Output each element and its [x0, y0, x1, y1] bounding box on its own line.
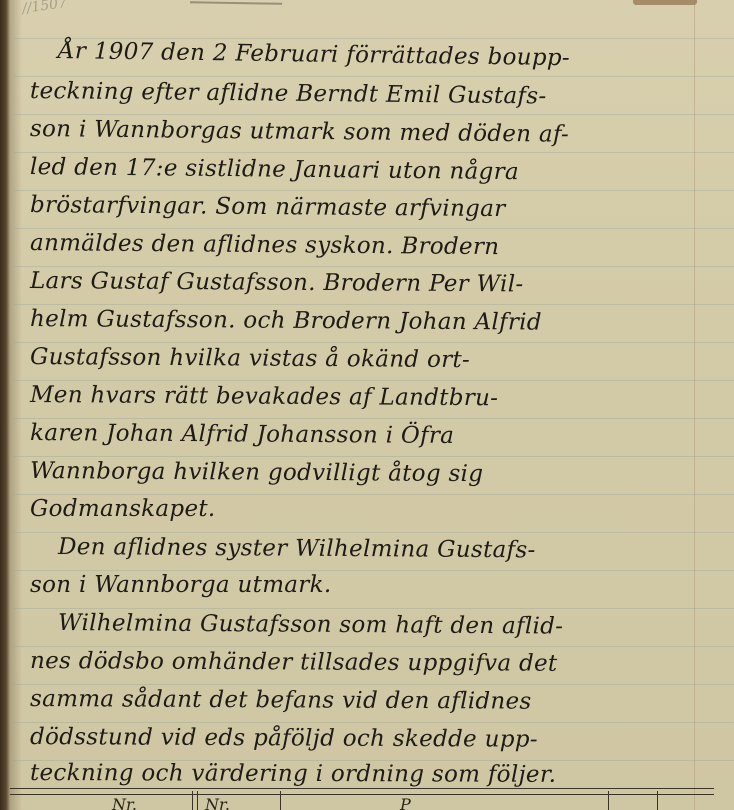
table-column-divider: [280, 791, 281, 810]
text-line-9: Gustafsson hvilka vistas å okänd ort-: [30, 344, 470, 373]
ruled-line: [14, 266, 734, 267]
text-line-4: led den 17:e sistlidne Januari uton någr…: [30, 154, 519, 185]
page-tab-marker: [633, 0, 697, 5]
ruled-line: [14, 722, 734, 723]
text-line-17: nes dödsbo omhänder tillsades uppgifva d…: [30, 648, 558, 677]
ruled-line: [14, 684, 734, 685]
ruled-line: [14, 418, 734, 419]
text-line-12: Wannborga hvilken godvilligt åtog sig: [30, 458, 483, 487]
ruled-line: [14, 646, 734, 647]
ruled-line: [14, 228, 734, 229]
text-line-6: anmäldes den aflidnes syskon. Brodern: [30, 230, 500, 260]
text-line-2: teckning efter aflidne Berndt Emil Gusta…: [30, 78, 547, 109]
text-line-7: Lars Gustaf Gustafsson. Brodern Per Wil-: [30, 268, 524, 297]
text-line-10: Men hvars rätt bevakades af Landtbru-: [30, 382, 498, 411]
document-page: //1507 År 1907 den 2 Februari förrättade…: [0, 0, 734, 810]
text-line-20: teckning och värdering i ordning som föl…: [30, 760, 556, 788]
table-column-divider: [608, 791, 609, 810]
ruled-line: [14, 494, 734, 495]
ruled-line: [14, 304, 734, 305]
book-binding-edge: [0, 0, 10, 810]
text-line-5: bröstarfvingar. Som närmaste arfvingar: [30, 192, 506, 222]
text-line-1: År 1907 den 2 Februari förrättades boupp…: [58, 38, 570, 71]
table-column-divider: [657, 791, 658, 810]
text-line-3: son i Wannborgas utmark som med döden af…: [30, 116, 569, 148]
text-line-11: karen Johan Alfrid Johansson i Öfra: [30, 420, 454, 449]
ruled-line: [14, 380, 734, 381]
ruled-line: [14, 532, 734, 533]
text-line-8: helm Gustafsson. och Brodern Johan Alfri…: [30, 306, 542, 336]
ruled-line: [14, 342, 734, 343]
text-line-19: dödsstund vid eds påföljd och skedde upp…: [30, 724, 538, 753]
table-header-number: Nr.: [112, 795, 137, 810]
ruled-line: [14, 456, 734, 457]
text-line-16: Wilhelmina Gustafsson som haft den aflid…: [58, 610, 563, 640]
text-line-15: son i Wannborga utmark.: [30, 572, 331, 598]
text-line-13: Godmanskapet.: [30, 496, 216, 522]
ruled-line: [14, 152, 734, 153]
text-line-18: samma sådant det befans vid den aflidnes: [30, 686, 532, 715]
ruled-line: [14, 114, 734, 115]
ruled-line: [14, 608, 734, 609]
right-margin-line: [694, 0, 695, 810]
ruled-line: [14, 76, 734, 77]
pencil-mark: [190, 1, 282, 5]
table-header-item: P: [400, 795, 411, 810]
text-line-14: Den aflidnes syster Wilhelmina Gustafs-: [58, 534, 536, 563]
ruled-line: [14, 570, 734, 571]
table-header-number-2: Nr.: [205, 795, 230, 810]
archive-number: //1507: [21, 0, 68, 17]
ruled-line: [14, 190, 734, 191]
table-column-divider: [192, 791, 198, 810]
